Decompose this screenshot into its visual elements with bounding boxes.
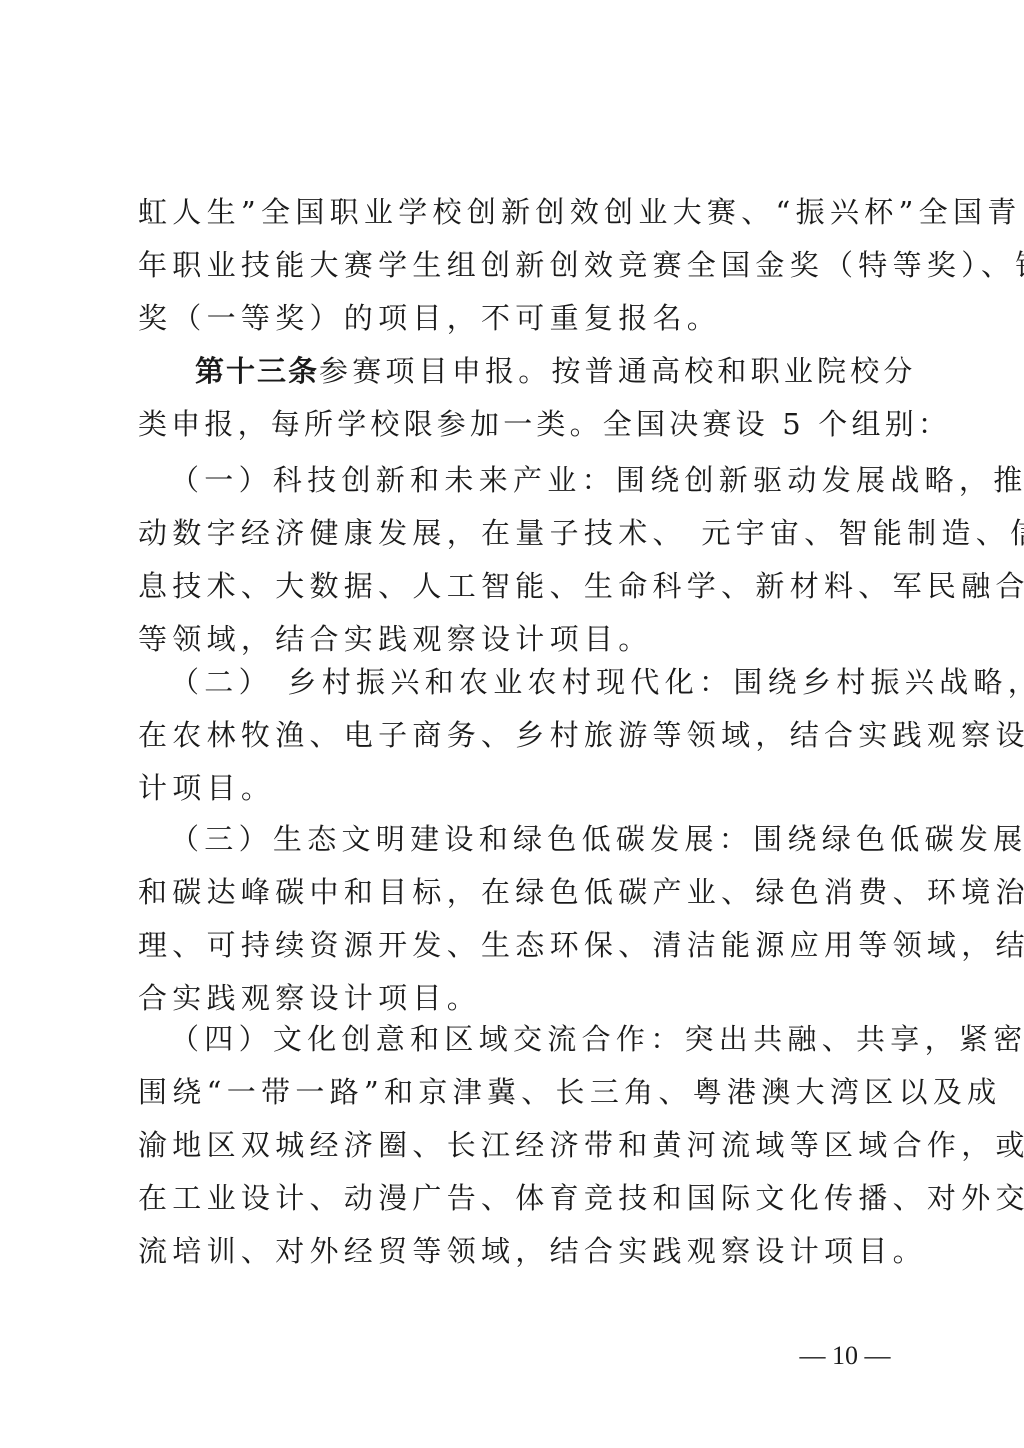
text-line: 和碳达峰碳中和目标，在绿色低碳产业、绿色消费、环境治 bbox=[138, 872, 894, 912]
text-line: 动数字经济健康发展，在量子技术、 元宇宙、智能制造、信 bbox=[138, 513, 894, 553]
article-heading-text: 参赛项目申报。按普通高校和职业院校分 bbox=[319, 351, 917, 391]
text-line: 围绕“一带一路”和京津冀、长三角、粤港澳大湾区以及成 bbox=[138, 1072, 894, 1112]
text-line: 虹人生”全国职业学校创新创效创业大赛、“振兴杯”全国青 bbox=[138, 192, 894, 232]
text-line: 合实践观察设计项目。 bbox=[138, 978, 894, 1018]
article-heading-line: 第十三条 参赛项目申报。按普通高校和职业院校分 bbox=[195, 351, 894, 391]
text-line: 在工业设计、动漫广告、体育竞技和国际文化传播、对外交 bbox=[138, 1178, 894, 1218]
text-line: （三）生态文明建设和绿色低碳发展：围绕绿色低碳发展 bbox=[170, 819, 894, 859]
text-line: （四）文化创意和区域交流合作：突出共融、共享，紧密 bbox=[170, 1019, 894, 1059]
text-line: 渝地区双城经济圈、长江经济带和黄河流域等区域合作，或 bbox=[138, 1125, 894, 1165]
text-line: 计项目。 bbox=[138, 768, 894, 808]
article-heading: 第十三条 bbox=[195, 351, 319, 391]
text-line: （一）科技创新和未来产业：围绕创新驱动发展战略，推 bbox=[170, 460, 894, 500]
page-number: — 10 — bbox=[790, 1336, 900, 1376]
text-line: 理、可持续资源开发、生态环保、清洁能源应用等领域，结 bbox=[138, 925, 894, 965]
text-line: 年职业技能大赛学生组创新创效竞赛全国金奖（特等奖）、银 bbox=[138, 245, 894, 285]
text-line: 流培训、对外经贸等领域，结合实践观察设计项目。 bbox=[138, 1231, 894, 1271]
text-line: 在农林牧渔、电子商务、乡村旅游等领域，结合实践观察设 bbox=[138, 715, 894, 755]
text-line: 等领域，结合实践观察设计项目。 bbox=[138, 619, 894, 659]
document-page: 虹人生”全国职业学校创新创效创业大赛、“振兴杯”全国青 年职业技能大赛学生组创新… bbox=[0, 0, 1024, 1448]
text-line: 息技术、大数据、人工智能、生命科学、新材料、军民融合 bbox=[138, 566, 894, 606]
text-line: 类申报，每所学校限参加一类。全国决赛设 5 个组别： bbox=[138, 404, 894, 444]
text-line: （二） 乡村振兴和农业农村现代化：围绕乡村振兴战略， bbox=[170, 662, 894, 702]
text-line: 奖（一等奖）的项目，不可重复报名。 bbox=[138, 298, 894, 338]
